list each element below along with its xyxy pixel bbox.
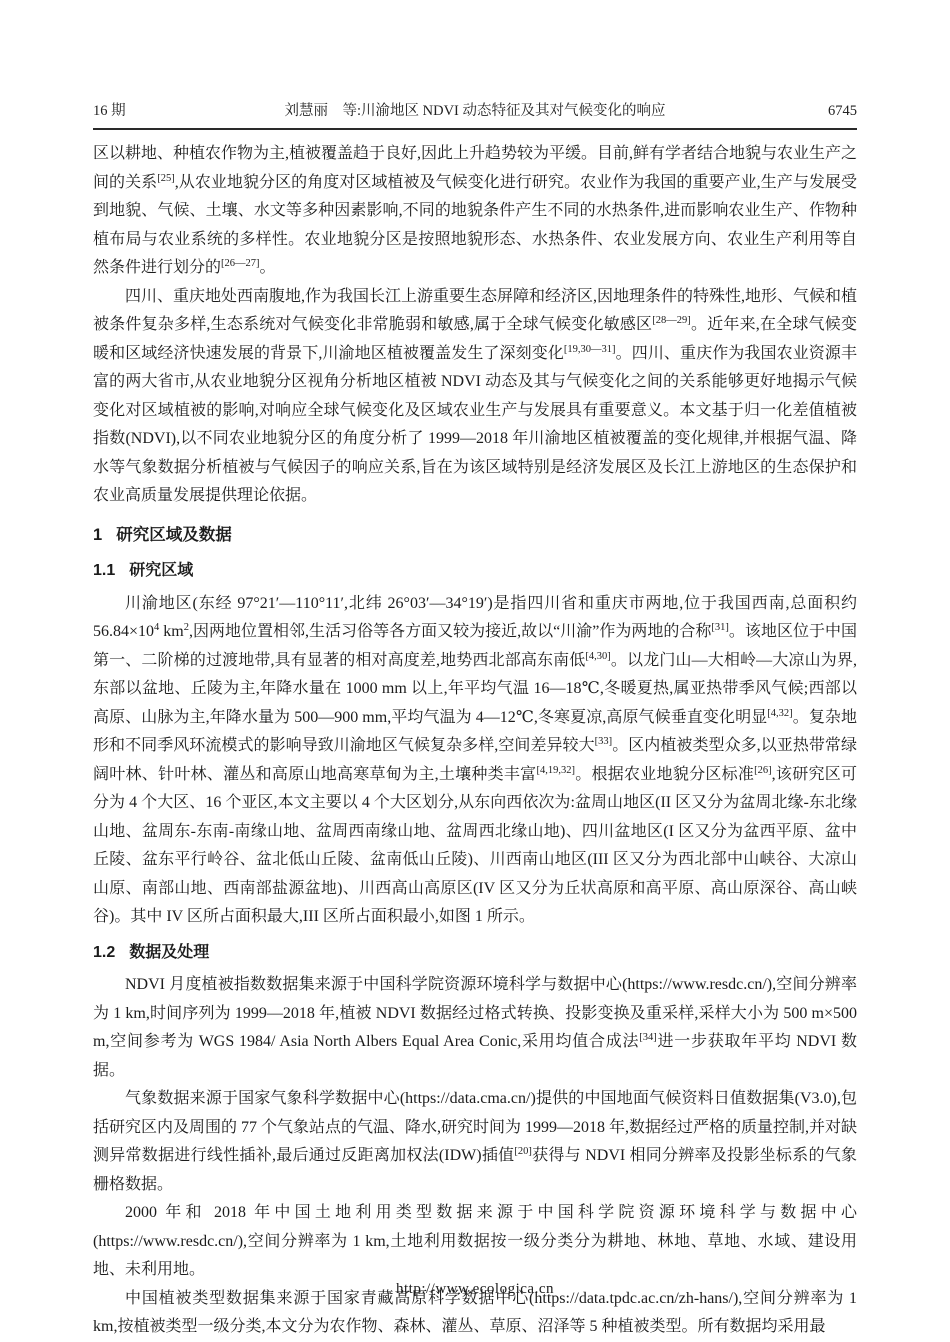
citation-superscript: [26] — [754, 765, 772, 776]
subsection-number: 1.1 — [93, 557, 115, 586]
running-title: 刘慧丽 等:川渝地区 NDVI 动态特征及其对气候变化的响应 — [284, 103, 665, 119]
subsection-heading-1-2: 1.2数据及处理 — [93, 939, 857, 968]
article-body: 区以耕地、种植农作物为主,植被覆盖趋于良好,因此上升趋势较为平缓。目前,鲜有学者… — [93, 140, 857, 1342]
citation-superscript: [19,30—31] — [564, 344, 616, 355]
citation-superscript: [31] — [711, 622, 729, 633]
citation-superscript: [20] — [514, 1146, 532, 1157]
paragraph-meteorological-data: 气象数据来源于国家气象科学数据中心(https://data.cma.cn/)提… — [93, 1085, 857, 1199]
citation-superscript: [34] — [639, 1032, 657, 1043]
subsection-heading-1-1: 1.1研究区域 — [93, 557, 857, 586]
issue-number: 16 期 — [93, 101, 126, 121]
page-number: 6745 — [828, 101, 857, 121]
citation-superscript: [25] — [157, 173, 175, 184]
subsection-number: 1.2 — [93, 939, 115, 968]
paragraph-intro-continuation: 区以耕地、种植农作物为主,植被覆盖趋于良好,因此上升趋势较为平缓。目前,鲜有学者… — [93, 140, 857, 283]
paragraph-study-area: 川渝地区(东经 97°21′—110°11′,北纬 26°03′—34°19′)… — [93, 590, 857, 932]
citation-superscript: [28—29] — [652, 315, 691, 326]
section-title: 研究区域及数据 — [116, 526, 232, 544]
citation-superscript: [4,19,32] — [536, 765, 575, 776]
paragraph-landuse-data: 2000 年和 2018 年中国土地利用类型数据来源于中国科学院资源环境科学与数… — [93, 1199, 857, 1285]
running-header: 16 期 刘慧丽 等:川渝地区 NDVI 动态特征及其对气候变化的响应 6745 — [93, 101, 857, 121]
citation-superscript: 2 — [184, 622, 189, 633]
section-heading-1: 1研究区域及数据 — [93, 521, 857, 550]
paragraph-ndvi-data: NDVI 月度植被指数数据集来源于中国科学院资源环境科学与数据中心(https:… — [93, 971, 857, 1085]
subsection-title: 研究区域 — [129, 562, 193, 579]
citation-superscript: 4 — [154, 622, 159, 633]
citation-superscript: [4,30] — [585, 651, 610, 662]
section-number: 1 — [93, 521, 102, 550]
header-rule — [93, 128, 857, 130]
citation-superscript: [26—27] — [221, 258, 260, 269]
paragraph-intro-significance: 四川、重庆地处西南腹地,作为我国长江上游重要生态屏障和经济区,因地理条件的特殊性… — [93, 283, 857, 511]
journal-footer-url: http://www.ecologica.cn — [0, 1281, 950, 1298]
subsection-title: 数据及处理 — [129, 944, 209, 961]
journal-page: 16 期 刘慧丽 等:川渝地区 NDVI 动态特征及其对气候变化的响应 6745… — [0, 0, 950, 1342]
citation-superscript: [33] — [595, 736, 613, 747]
citation-superscript: [4,32] — [767, 708, 792, 719]
